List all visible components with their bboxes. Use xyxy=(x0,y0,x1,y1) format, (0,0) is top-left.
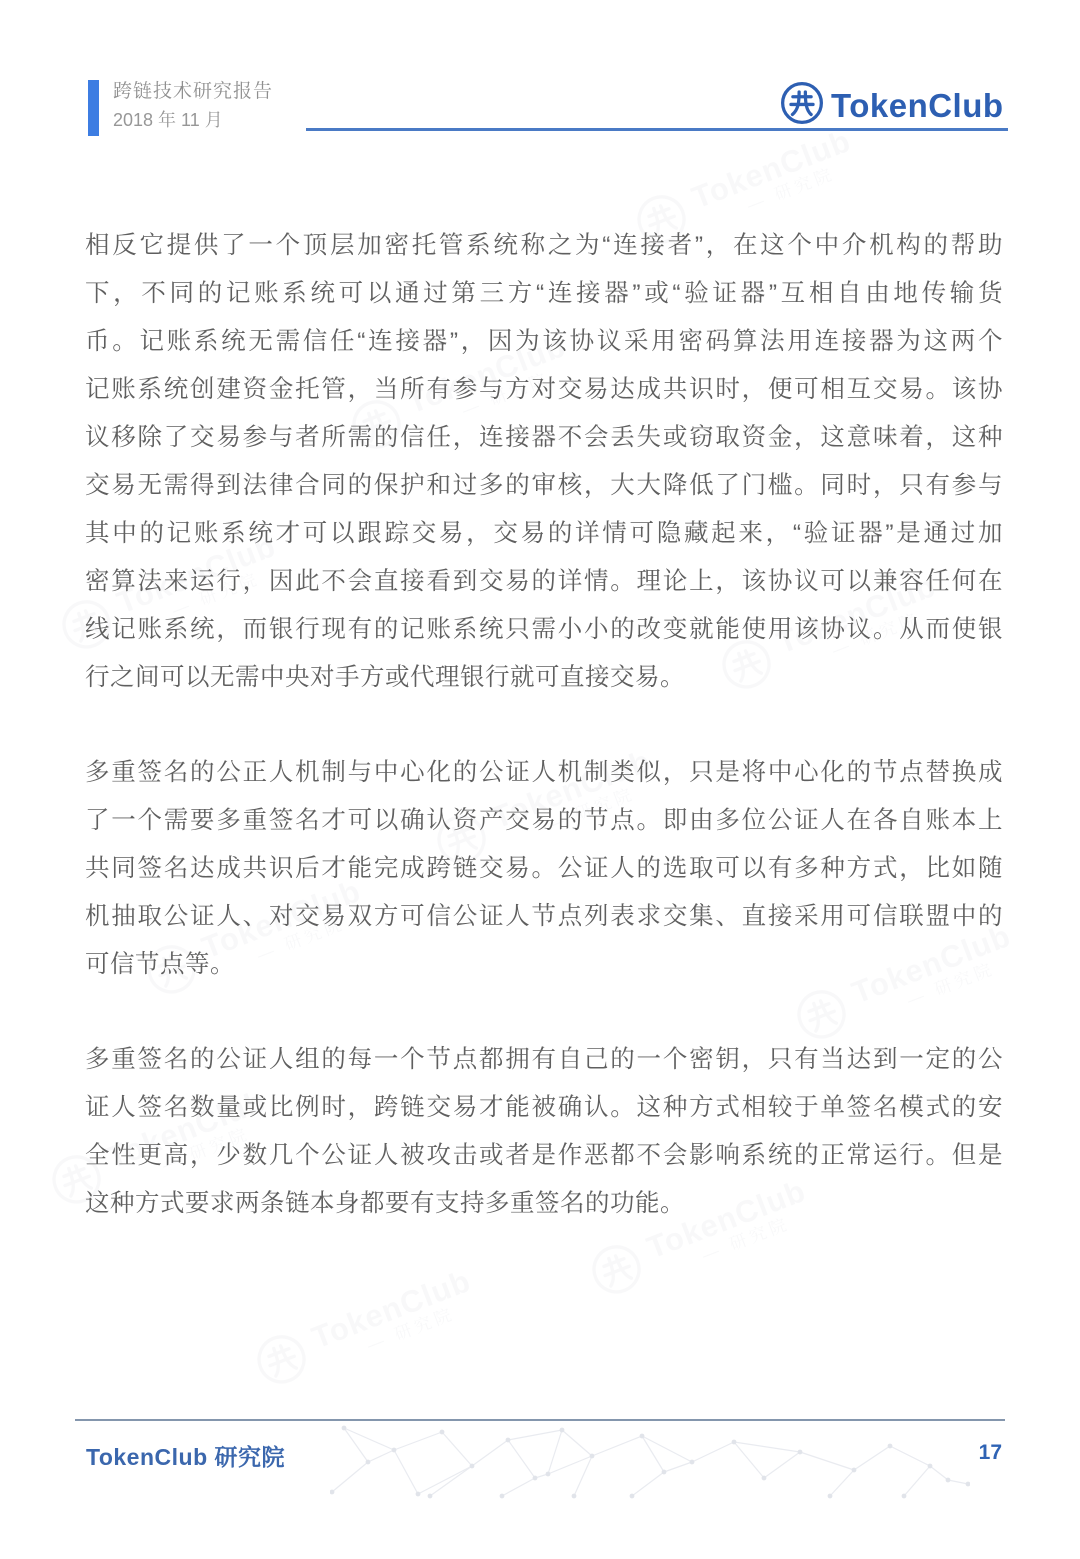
paragraph-line: 这种方式要求两条链本身都要有支持多重签名的功能。 xyxy=(85,1180,1003,1228)
paragraph-line: 议移除了交易参与者所需的信任，连接器不会丢失或窃取资金，这意味着，这种 xyxy=(85,414,1003,462)
paragraph-line: 记账系统创建资金托管，当所有参与方对交易达成共识时，便可相互交易。该协 xyxy=(85,366,1003,414)
paragraph-line: 机抽取公证人、对交易双方可信公证人节点列表求交集、直接采用可信联盟中的 xyxy=(85,893,1003,941)
paragraph-line: 币。记账系统无需信任“连接器”，因为该协议采用密码算法用连接器为这两个 xyxy=(85,318,1003,366)
paragraph-line: 相反它提供了一个顶层加密托管系统称之为“连接者”，在这个中介机构的帮助 xyxy=(85,222,1003,270)
tokenclub-logo-icon xyxy=(779,80,825,131)
report-page: TokenClub— 研究院TokenClub— 研究院TokenClub— 研… xyxy=(0,0,1080,1559)
report-date: 2018 年 11 月 xyxy=(113,105,273,135)
paragraph: 多重签名的公正人机制与中心化的公证人机制类似，只是将中心化的节点替换成了一个需要… xyxy=(85,749,1003,989)
brand-name: TokenClub xyxy=(831,87,1004,125)
header-titles: 跨链技术研究报告 2018 年 11 月 xyxy=(113,79,273,135)
paragraph-line: 其中的记账系统才可以跟踪交易，交易的详情可隐藏起来，“验证器”是通过加 xyxy=(85,510,1003,558)
paragraph-line: 多重签名的公正人机制与中心化的公证人机制类似，只是将中心化的节点替换成 xyxy=(85,749,1003,797)
header-rule xyxy=(306,128,1008,131)
paragraph-line: 行之间可以无需中央对手方或代理银行就可直接交易。 xyxy=(85,654,1003,702)
brand-logo: TokenClub xyxy=(779,80,1004,131)
paragraph-line: 密算法来运行，因此不会直接看到交易的详情。理论上，该协议可以兼容任何在 xyxy=(85,558,1003,606)
watermark-text: TokenClub xyxy=(688,125,855,215)
paragraph-line: 多重签名的公证人组的每一个节点都拥有自己的一个密钥，只有当达到一定的公 xyxy=(85,1036,1003,1084)
paragraph-line: 线记账系统，而银行现有的记账系统只需小小的改变就能使用该协议。从而使银 xyxy=(85,606,1003,654)
paragraph-line: 证人签名数量或比例时，跨链交易才能被确认。这种方式相较于单签名模式的安 xyxy=(85,1084,1003,1132)
paragraph-line: 了一个需要多重签名才可以确认资产交易的节点。即由多位公证人在各自账本上 xyxy=(85,797,1003,845)
watermark-logo-icon xyxy=(247,1324,319,1398)
page-number: 17 xyxy=(979,1441,1002,1465)
watermark-subtext: — 研究院 xyxy=(365,1305,458,1355)
footer-org-name: TokenClub 研究院 xyxy=(86,1439,285,1472)
paragraph-line: 共同签名达成共识后才能完成跨链交易。公证人的选取可以有多种方式，比如随 xyxy=(85,845,1003,893)
watermark-subtext: — 研究院 xyxy=(745,165,838,215)
header-accent-bar xyxy=(88,80,99,136)
footer-rule xyxy=(75,1419,1005,1421)
paragraph-line: 交易无需得到法律合同的保护和过多的审核，大大降低了门槛。同时，只有参与 xyxy=(85,462,1003,510)
network-constellation-graphic xyxy=(330,1422,970,1504)
watermark-text: TokenClub xyxy=(308,1265,475,1355)
report-title: 跨链技术研究报告 xyxy=(113,79,273,105)
paragraph-line: 全性更高，少数几个公证人被攻击或者是作恶都不会影响系统的正常运行。但是 xyxy=(85,1132,1003,1180)
tokenclub-watermark: TokenClub— 研究院 xyxy=(247,1261,484,1399)
paragraph-line: 下，不同的记账系统可以通过第三方“连接器”或“验证器”互相自由地传输货 xyxy=(85,270,1003,318)
paragraph-line: 可信节点等。 xyxy=(85,941,1003,989)
document-body: 相反它提供了一个顶层加密托管系统称之为“连接者”，在这个中介机构的帮助下，不同的… xyxy=(85,222,1003,1275)
paragraph: 多重签名的公证人组的每一个节点都拥有自己的一个密钥，只有当达到一定的公证人签名数… xyxy=(85,1036,1003,1228)
page-footer: TokenClub 研究院 17 xyxy=(0,1419,1080,1559)
paragraph: 相反它提供了一个顶层加密托管系统称之为“连接者”，在这个中介机构的帮助下，不同的… xyxy=(85,222,1003,702)
